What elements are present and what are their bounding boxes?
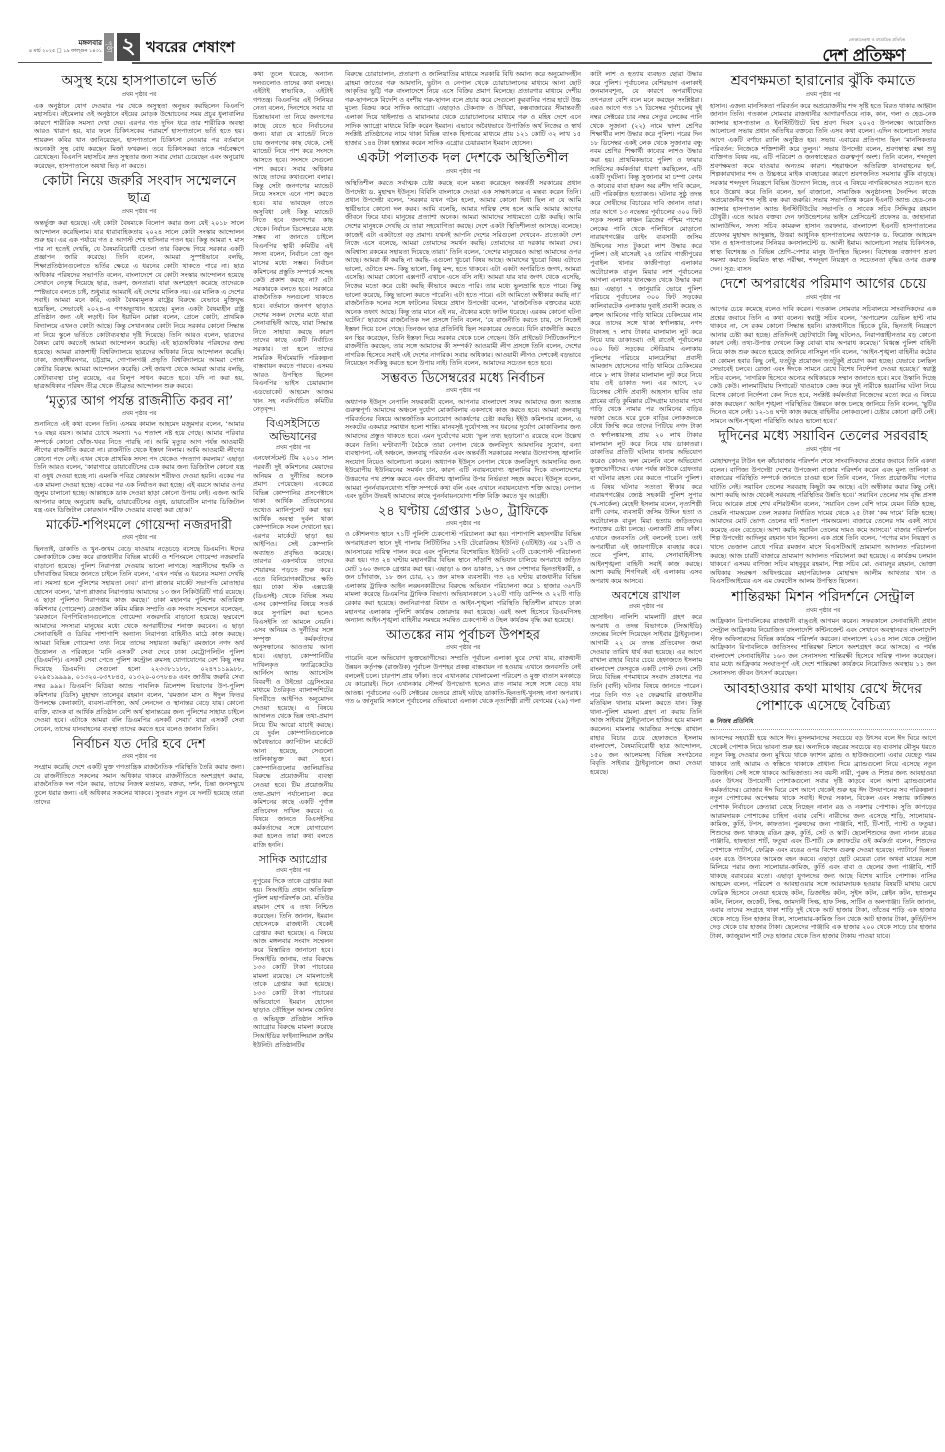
masthead-rule-left (18, 62, 102, 63)
continued-label: প্রথম পৃষ্ঠার পর (710, 446, 936, 455)
article-hearing-loss: শ্রবণক্ষমতা হারানোর ঝুঁকি কমাতে প্রথম পৃ… (710, 73, 936, 273)
article-no-politics: ‘মৃত্যুর আগ পর্যন্ত রাজনীতি করব না’ প্রথ… (34, 394, 244, 515)
continued-label: প্রথম পৃষ্ঠার পর (710, 91, 936, 100)
byline: নিজস্ব প্রতিনিধি (710, 718, 936, 727)
article-headline[interactable]: সাদিক অ্যাগ্রোর (253, 853, 333, 866)
article-election-delay: নির্বাচন যত দেরি হবে দেশ প্রথম পৃষ্ঠার প… (34, 737, 244, 807)
article-body: ও কৌশলগত স্থানে ৭১টি পুলিশি চেকপোস্ট পরি… (345, 530, 581, 625)
continued-label: প্রথম পৃষ্ঠার পর (345, 168, 581, 177)
article-rakhal: অবশেষে রাখাল প্রথম পৃষ্ঠার পর হোসাইন। না… (590, 589, 702, 777)
article-body: এক অনুষ্ঠানে যোগ দেওয়ার পর থেকে অসুস্থত… (34, 102, 244, 171)
article-body: আফ্রিকান রিপাবলিকের রাজধানী বাঙ্গুই আগমন… (710, 617, 936, 677)
continued-label: প্রথম পৃষ্ঠার পর (590, 603, 702, 612)
article-headline[interactable]: আবহাওয়ার কথা মাথায় রেখে ঈদের পোশাকে এস… (710, 681, 936, 715)
article-headline[interactable]: শান্তিরক্ষা মিশন পরিদর্শনে সেন্ট্রাল (710, 589, 936, 606)
page-label: পৃষ্ঠা (104, 33, 114, 61)
article-headline[interactable]: অসুস্থ হয়ে হাসপাতালে ভর্তি (34, 73, 244, 90)
article-headline[interactable]: দুদিনের মধ্যে সয়াবিন তেলের সরবরাহ (710, 428, 936, 445)
article-body: কথা তুলে ধরেছে, অন্যান্য দলগুলোও তাদের ক… (253, 70, 333, 414)
section-title: খবরের শেষাংশ (146, 36, 235, 61)
column-2: কথা তুলে ধরেছে, অন্যান্য দলগুলোও তাদের ক… (253, 70, 333, 1445)
article-body: আনন্দের সহযাত্রী হয়ে আসে ঈদ। মুসলমানদের… (710, 734, 936, 940)
article-market-surveillance: মার্কেট-শপিংমলে গোয়েন্দা নজরদারী প্রথম … (34, 518, 244, 734)
article-body: ছিনতাই, ডাকাতি ও খুন-জখম বেড়ে যাওয়ায় … (34, 545, 244, 734)
continued-label: প্রথম পৃষ্ঠার পর (34, 410, 244, 419)
article-body: এনফোর্সমেন্ট টিম ২০১০ সাল পরবর্তী দুই কম… (253, 454, 333, 849)
column-4: কাটা লাশ ও হত্যায় ব্যবহৃত ছোরা উদ্ধার ক… (590, 70, 702, 1445)
article-bsec-drive: বিএসইসিতে অভিযানের প্রথম পৃষ্ঠার পর এনফো… (253, 417, 333, 850)
bullet-icon (710, 719, 714, 723)
article-headline[interactable]: ২৪ ঘণ্টায় গ্রেপ্তার ১৬০, ট্রাফিকে (345, 504, 581, 519)
column-3: বিরুদ্ধে চোরাচালান, প্রতারণা ও জালিয়াতি… (345, 70, 581, 1445)
article-body: অধ্যাপক ইউনূস নেপালি সফরকারী বলেন, আপনার… (345, 398, 581, 501)
article-sadiq-agro-continued: বিরুদ্ধে চোরাচালান, প্রতারণা ও জালিয়াতি… (345, 70, 581, 147)
continued-label: প্রথম পৃষ্ঠার পর (710, 607, 936, 616)
continued-label: প্রথম পৃষ্ঠার পর (345, 520, 581, 529)
article-body: শুনানিতে এই কথা বলেন তিনি। এসময় কামাল আ… (34, 420, 244, 515)
article-body: মোহাম্মদপুর টাউন হল কাঁচাবাজার পরিদর্শন … (710, 457, 936, 586)
continued-label: প্রথম পৃষ্ঠার পর (253, 867, 333, 876)
article-headline[interactable]: একটা পলাতক দল দেশকে অস্থিতিশীল (345, 150, 581, 167)
article-body: হোসাইন। নালিশি মামলাটি গ্রহণ করে অপরাধ ও… (590, 613, 702, 776)
masthead-date: ৪ মার্চ ২০২৫ □ ১৯ ফাল্গুন ১৪৩১ (18, 48, 102, 56)
column-1: অসুস্থ হয়ে হাসপাতালে ভর্তি প্রথম পৃষ্ঠা… (34, 70, 244, 1445)
article-quota-press: কোটা নিয়ে জরুরি সংবাদ সম্মেলনে ছাত্র প্… (34, 173, 244, 390)
article-body: কাটা লাশ ও হত্যায় ব্যবহৃত ছোরা উদ্ধার ক… (590, 70, 702, 586)
article-soybean-oil: দুদিনের মধ্যে সয়াবিন তেলের সরবরাহ প্রথম… (710, 428, 936, 586)
article-body: অন্তর্ভুক্ত করা হয়েছে। এই কোটা বৈষম্যকে… (34, 219, 244, 391)
continued-label: প্রথম পৃষ্ঠার পর (710, 294, 936, 303)
continued-label: প্রথম পৃষ্ঠার পর (345, 387, 581, 396)
article-crime-rate: দেশে অপরাধের পরিমাণ আগের চেয়ে প্রথম পৃষ… (710, 276, 936, 425)
article-body: পারেনি বলে অভিযোগ ভুক্তভোগীদের। সম্প্রতি… (345, 654, 581, 706)
article-body: বিরুদ্ধে চোরাচালান, প্রতারণা ও জালিয়াতি… (345, 70, 581, 147)
article-eid-fashion: আবহাওয়ার কথা মাথায় রেখে ঈদের পোশাকে এস… (710, 681, 936, 941)
article-headline[interactable]: আতঙ্কের নাম পূর্বাচল উপশহর (345, 628, 581, 643)
article-body: আগের চেয়ে কমেছে বলেও দাবি করেন। গতকাল স… (710, 305, 936, 425)
article-hospitalized: অসুস্থ হয়ে হাসপাতালে ভর্তি প্রথম পৃষ্ঠা… (34, 73, 244, 170)
article-sadiq-agro: সাদিক অ্যাগ্রোর প্রথম পৃষ্ঠার পর নুপুরের… (253, 853, 333, 1049)
dotted-divider (710, 729, 936, 730)
continued-label: প্রথম পৃষ্ঠার পর (253, 444, 333, 453)
article-headline[interactable]: কোটা নিয়ে জরুরি সংবাদ সম্মেলনে ছাত্র (34, 173, 244, 207)
article-headline[interactable]: নির্বাচন যত দেরি হবে দেশ (34, 737, 244, 752)
byline-text: নিজস্ব প্রতিনিধি (717, 719, 753, 725)
article-headline[interactable]: ‘মৃত্যুর আগ পর্যন্ত রাজনীতি করব না’ (34, 394, 244, 409)
article-body: হাসান। এজন্য মানসিকতা পরিবর্তন করে অপ্রয… (710, 102, 936, 274)
article-headline[interactable]: বিএসইসিতে অভিযানের (253, 417, 333, 443)
page-number: ২ (117, 33, 140, 61)
article-peacekeeping: শান্তিরক্ষা মিশন পরিদর্শনে সেন্ট্রাল প্র… (710, 589, 936, 678)
article-body: সংগ্রাম করেছি দেশে একটি মুক্ত গণতান্ত্রি… (34, 763, 244, 806)
article-headline[interactable]: অবশেষে রাখাল (590, 589, 702, 602)
article-december-election: সম্ভবত ডিসেম্বরের মধ্যে নির্বাচন প্রথম প… (345, 371, 581, 501)
column-5: শ্রবণক্ষমতা হারানোর ঝুঁকি কমাতে প্রথম পৃ… (710, 70, 936, 1445)
continued-label: প্রথম পৃষ্ঠার পর (34, 753, 244, 762)
article-arrests-traffic: ২৪ ঘণ্টায় গ্রেপ্তার ১৬০, ট্রাফিকে প্রথম… (345, 504, 581, 625)
article-headline[interactable]: দেশে অপরাধের পরিমাণ আগের চেয়ে (710, 276, 936, 293)
continued-label: প্রথম পৃষ্ঠার পর (345, 644, 581, 653)
continued-label: প্রথম পৃষ্ঠার পর (34, 534, 244, 543)
masthead: মঙ্গলবার ৪ মার্চ ২০২৫ □ ১৯ ফাল্গুন ১৪৩১ … (0, 0, 945, 62)
article-bnp-continued: কথা তুলে ধরেছে, অন্যান্য দলগুলোও তাদের ক… (253, 70, 333, 414)
article-headline[interactable]: সম্ভবত ডিসেম্বরের মধ্যে নির্বাচন (345, 371, 581, 386)
article-body: নুপুরের দিকে তাকে গ্রেপ্তার করা হয়। সিআ… (253, 877, 333, 1049)
article-headline[interactable]: মার্কেট-শপিংমলে গোয়েন্দা নজরদারী (34, 518, 244, 533)
article-purbachal-terror: আতঙ্কের নাম পূর্বাচল উপশহর প্রথম পৃষ্ঠার… (345, 628, 581, 706)
article-body: অস্থিতিশীল করতে সর্বাত্মক চেষ্টা করছে বল… (345, 179, 581, 368)
continued-label: প্রথম পৃষ্ঠার পর (34, 208, 244, 217)
masthead-rule-right (132, 62, 932, 64)
continued-label: প্রথম পৃষ্ঠার পর (34, 91, 244, 100)
article-fugitive-party: একটা পলাতক দল দেশকে অস্থিতিশীল প্রথম পৃষ… (345, 150, 581, 368)
article-purbachal-continued: কাটা লাশ ও হত্যায় ব্যবহৃত ছোরা উদ্ধার ক… (590, 70, 702, 586)
brand-logo: দেশ প্রতিক্ষণ (822, 43, 905, 71)
article-headline[interactable]: শ্রবণক্ষমতা হারানোর ঝুঁকি কমাতে (710, 73, 936, 90)
